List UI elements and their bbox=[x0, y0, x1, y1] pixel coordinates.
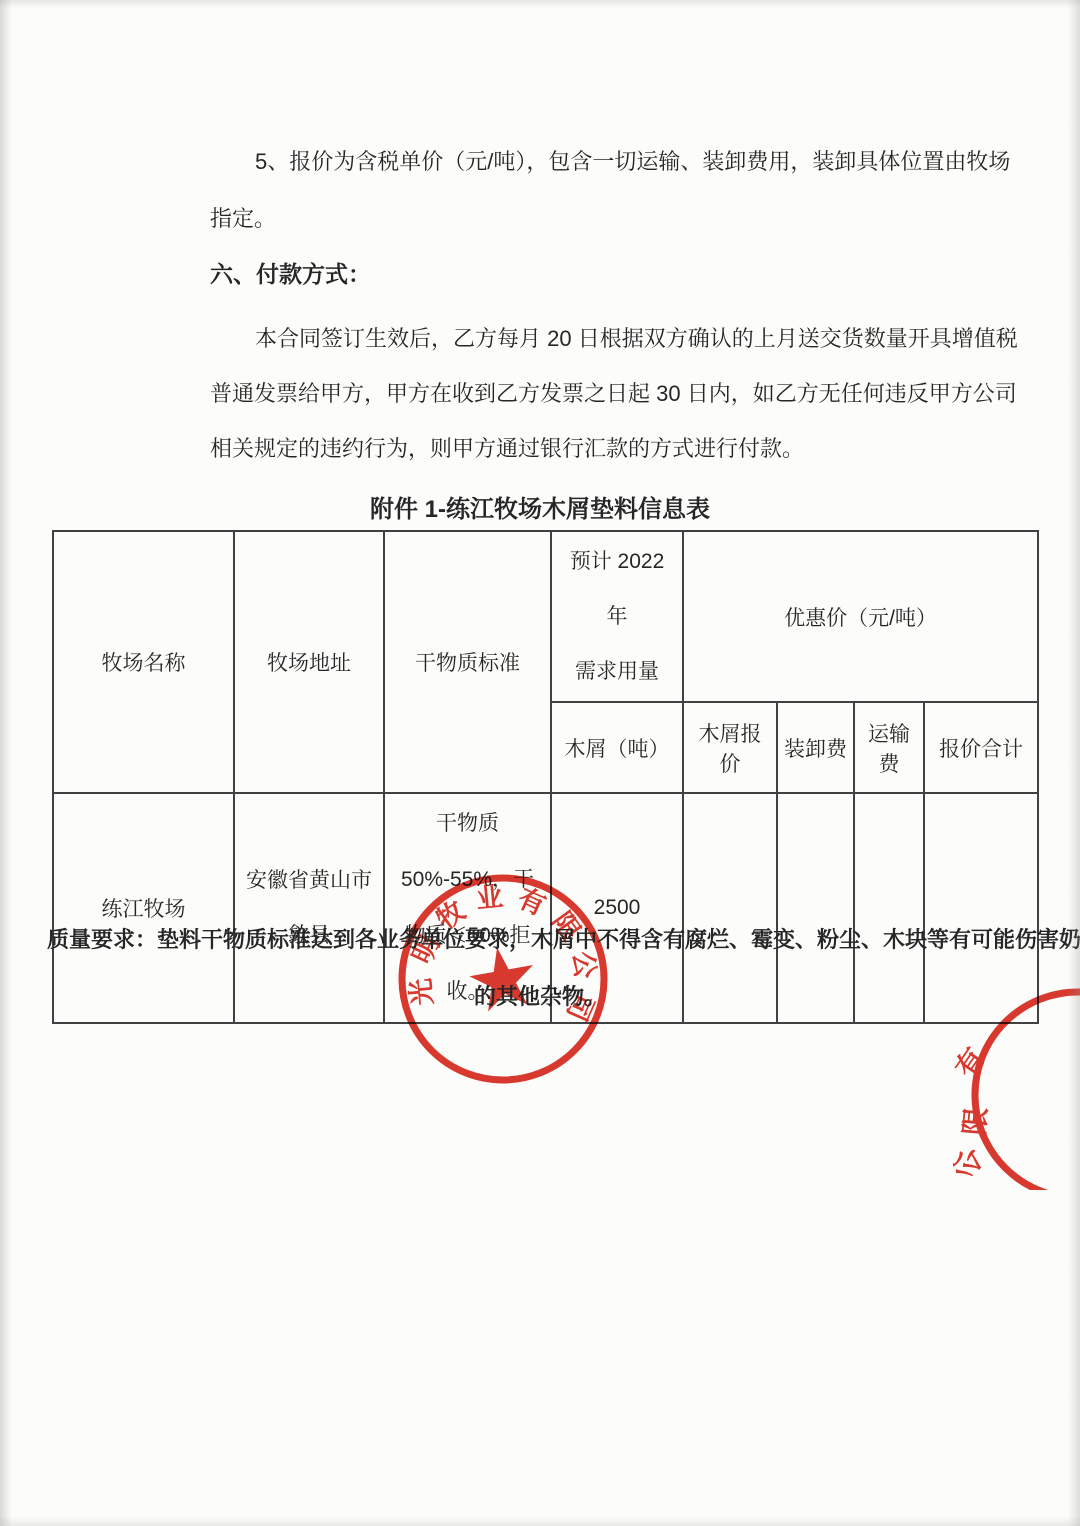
header-sawdust-quote: 木屑报价 bbox=[683, 702, 777, 793]
header-demand-2022: 预计 2022 年 需求用量 bbox=[551, 531, 683, 702]
payment-section-heading: 六、付款方式： bbox=[210, 260, 371, 288]
header-transport-fee: 运输费 bbox=[854, 702, 924, 793]
edge-seal-char: 公 bbox=[948, 1145, 987, 1183]
scanned-contract-page: 5、报价为含税单价（元/吨），包含一切运输、装卸费用，装卸具体位置由牧场 指定。… bbox=[0, 0, 1080, 1526]
quality-note-line-1: 质量要求：垫料干物质标准达到各业务单位要求，木屑中不得含有腐烂、霉变、粉尘、木块… bbox=[47, 926, 1080, 954]
header-farm-name: 牧场名称 bbox=[53, 531, 234, 793]
header-discount-price: 优惠价（元/吨） bbox=[683, 531, 1038, 702]
header-dry-matter-standard: 干物质标准 bbox=[384, 531, 551, 793]
attachment-title: 附件 1-练江牧场木屑垫料信息表 bbox=[0, 489, 1080, 524]
payment-line-2: 普通发票给甲方，甲方在收到乙方发票之日起 30 日内，如乙方无任何违反甲方公司 bbox=[210, 380, 1017, 408]
header-farm-address: 牧场地址 bbox=[234, 531, 384, 793]
header-demand-line1: 预计 2022 年 bbox=[558, 534, 676, 644]
clause5-line-1: 5、报价为含税单价（元/吨），包含一切运输、装卸费用，装卸具体位置由牧场 bbox=[255, 148, 1010, 176]
header-demand-line2: 需求用量 bbox=[558, 644, 676, 699]
edge-seal-char: 限 bbox=[959, 1106, 992, 1137]
clause5-line-2: 指定。 bbox=[210, 205, 276, 233]
payment-line-1: 本合同签订生效后，乙方每月 20 日根据双方确认的上月送交货数量开具增值税 bbox=[255, 325, 1018, 353]
quality-note-line-2: 的其他杂物。 bbox=[0, 983, 1080, 1011]
header-loading-fee: 装卸费 bbox=[777, 702, 854, 793]
header-sawdust-tons: 木屑（吨） bbox=[551, 702, 683, 793]
edge-seal-char: 有 bbox=[949, 1042, 990, 1083]
payment-line-3: 相关规定的违约行为，则甲方通过银行汇款的方式进行付款。 bbox=[210, 435, 804, 463]
header-quote-total: 报价合计 bbox=[924, 702, 1038, 793]
